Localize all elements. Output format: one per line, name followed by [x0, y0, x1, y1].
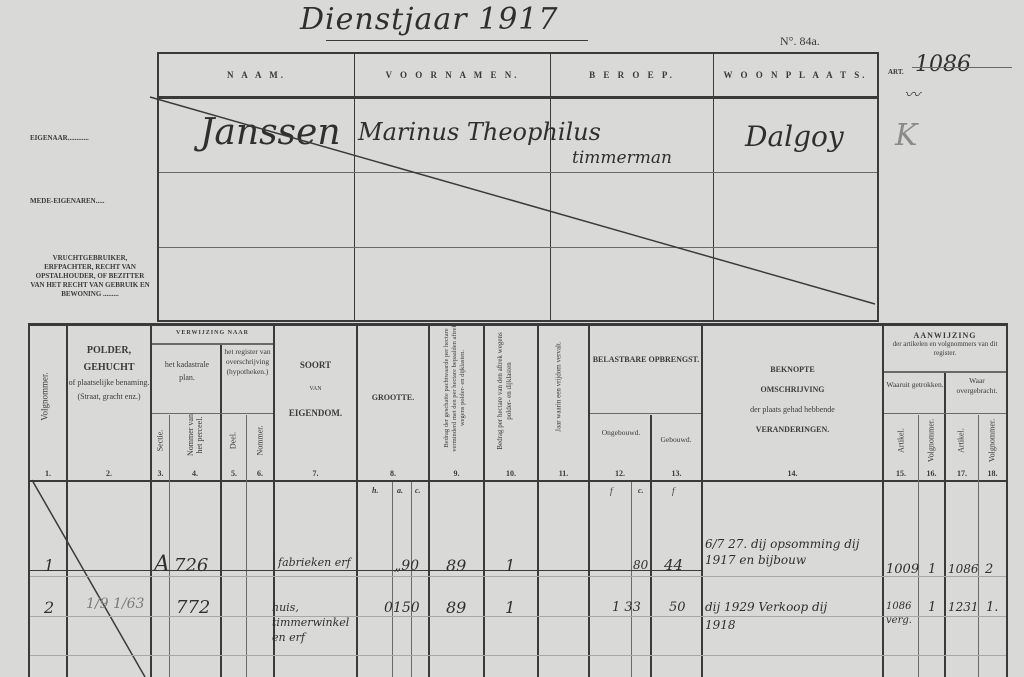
colnum-11: 11.	[539, 469, 588, 478]
row2-grootte: 0150	[384, 600, 420, 616]
colnum-10: 10.	[485, 469, 537, 478]
row2-volg-naar: 1.	[986, 600, 998, 615]
row1-soort: fabrieken erf	[278, 556, 356, 570]
colnum-1: 1.	[30, 469, 66, 478]
colnum-14: 14.	[703, 469, 882, 478]
hdr-soort: SOORT VAN EIGENDOM.	[275, 360, 356, 418]
colnum-9: 9.	[430, 469, 483, 478]
hdr-aanw-a: AANWIJZING	[884, 331, 1006, 340]
hdr-nommer: Nommer.	[256, 416, 265, 466]
row2-veranderingen: dij 1929 Verkoop dij 1918	[705, 598, 855, 634]
unit-c2: c.	[638, 486, 644, 495]
colnum-5: 5.	[222, 469, 246, 478]
unit-a: a.	[397, 486, 403, 495]
row2-volg-uit: 1	[928, 600, 936, 615]
row2-art-naar: 1231	[948, 600, 979, 614]
hdr-register: het register van overschrijving (hypothe…	[222, 347, 273, 377]
hdr-artikel-15: Artikel.	[897, 416, 906, 466]
hdr-ver-c: der plaats gehad hebbende	[703, 400, 882, 420]
hdr-artikel-17: Artikel.	[957, 416, 966, 466]
row1-sectie: A	[154, 552, 170, 577]
hdr-kadastrale: het kadastrale plan.	[162, 358, 212, 384]
hdr-soort-c: EIGENDOM.	[275, 408, 356, 418]
hdr-verwijzing: VERWIJZING NAAR	[152, 330, 273, 336]
row1-volgnommer: 1	[44, 556, 54, 575]
hdr-soort-a: SOORT	[275, 360, 356, 370]
hdr-sectie: Sectie.	[156, 416, 165, 466]
row1-ongebouwd: 80	[633, 558, 648, 572]
hdr-grootte: GROOTTE.	[358, 393, 428, 402]
unit-f2: f	[672, 486, 675, 496]
hdr-polder: POLDER, GEHUCHT of plaatselijke benaming…	[68, 342, 150, 404]
hdr-waar: Waar overgebracht.	[948, 376, 1006, 396]
row1-veranderingen: 6/7 27. dij opsomming dij 1917 en bijbou…	[705, 536, 883, 568]
row1-aftrek: 1	[505, 556, 515, 575]
colnum-2: 2.	[68, 469, 150, 478]
hdr-polder-sub1: of plaatselijke benaming.	[68, 376, 150, 390]
row1-grootte: „90	[394, 558, 419, 574]
colnum-4: 4.	[170, 469, 220, 478]
hdr-deel: Deel.	[229, 416, 238, 466]
hdr-waaruit: Waaruit getrokken.	[886, 380, 944, 390]
colnum-7: 7.	[275, 469, 356, 478]
hdr-belastbare: BELASTBARE OPBRENGST.	[592, 350, 700, 370]
row2-ongebouwd: 1 33	[612, 600, 641, 615]
colnum-6: 6.	[247, 469, 273, 478]
row1-art-uit: 1009	[886, 562, 919, 577]
row1-strike	[30, 570, 702, 571]
row1-volg-naar: 2	[985, 562, 993, 577]
hdr-volgnommer: Volgnommer.	[41, 362, 50, 432]
row1-gebouwd: 44	[664, 556, 683, 574]
row2-art-uit: 1086 verg.	[886, 600, 918, 628]
colnum-15: 15.	[884, 469, 918, 478]
colnum-13: 13.	[652, 469, 701, 478]
hdr-volg-18: Volgnommer.	[988, 416, 997, 466]
row2-volgnommer: 2	[44, 598, 54, 617]
unit-h: h.	[372, 486, 378, 495]
colnum-12: 12.	[590, 469, 650, 478]
hdr-volg-16: Volgnommer.	[927, 416, 936, 466]
hdr-veranderingen: BEKNOPTE OMSCHRIJVING der plaats gehad h…	[703, 360, 882, 440]
hdr-aanwijzing: AANWIJZING der artikelen en volgnommers …	[884, 331, 1006, 358]
row2-polder: 1/9 1/63	[86, 596, 144, 612]
hdr-perceel: Nommer van het perceel.	[186, 410, 204, 460]
hdr-ongebouwd: Ongebouwd.	[596, 425, 646, 441]
row2-perceel: 772	[176, 597, 210, 618]
hdr-aanw-b: der artikelen en volgnommers van dit reg…	[884, 340, 1006, 358]
hdr-soort-b: VAN	[275, 386, 356, 392]
row1-perceel: 726	[174, 555, 208, 576]
hdr-polder-sub2: (Straat, gracht enz.)	[68, 390, 150, 404]
row1-pachtwaarde: 89	[446, 556, 466, 575]
row2-aftrek: 1	[505, 598, 515, 617]
hdr-vrijdom: Jaar waarin een vrijdom vervalt.	[555, 322, 564, 452]
row1-art-naar: 1086	[948, 562, 979, 576]
colnum-8: 8.	[358, 469, 428, 478]
hdr-polder-title: POLDER, GEHUCHT	[68, 342, 150, 376]
row1-volg-uit: 1	[928, 562, 936, 577]
colnum-16: 16.	[919, 469, 944, 478]
colnum-18: 18.	[979, 469, 1006, 478]
colnum-17: 17.	[946, 469, 978, 478]
colnum-3: 3.	[152, 469, 169, 478]
hdr-aftrek: Bedrag per hectare van den aftrek wegens…	[496, 326, 514, 456]
hdr-ver-a: BEKNOPTE	[703, 360, 882, 380]
row2-soort: huis, timmerwinkel en erf	[272, 600, 358, 645]
unit-f1: f	[610, 486, 613, 496]
hdr-gebouwd: Gebouwd.	[652, 435, 700, 444]
hdr-pachtwaarde: Bedrag der geschatte pachtwaarde per hec…	[443, 318, 467, 458]
row2-pachtwaarde: 89	[446, 598, 466, 617]
row2-gebouwd: 50	[669, 600, 686, 615]
hdr-ver-d: VERANDERINGEN.	[703, 420, 882, 440]
hdr-ver-b: OMSCHRIJVING	[703, 380, 882, 400]
unit-c: c.	[415, 486, 421, 495]
